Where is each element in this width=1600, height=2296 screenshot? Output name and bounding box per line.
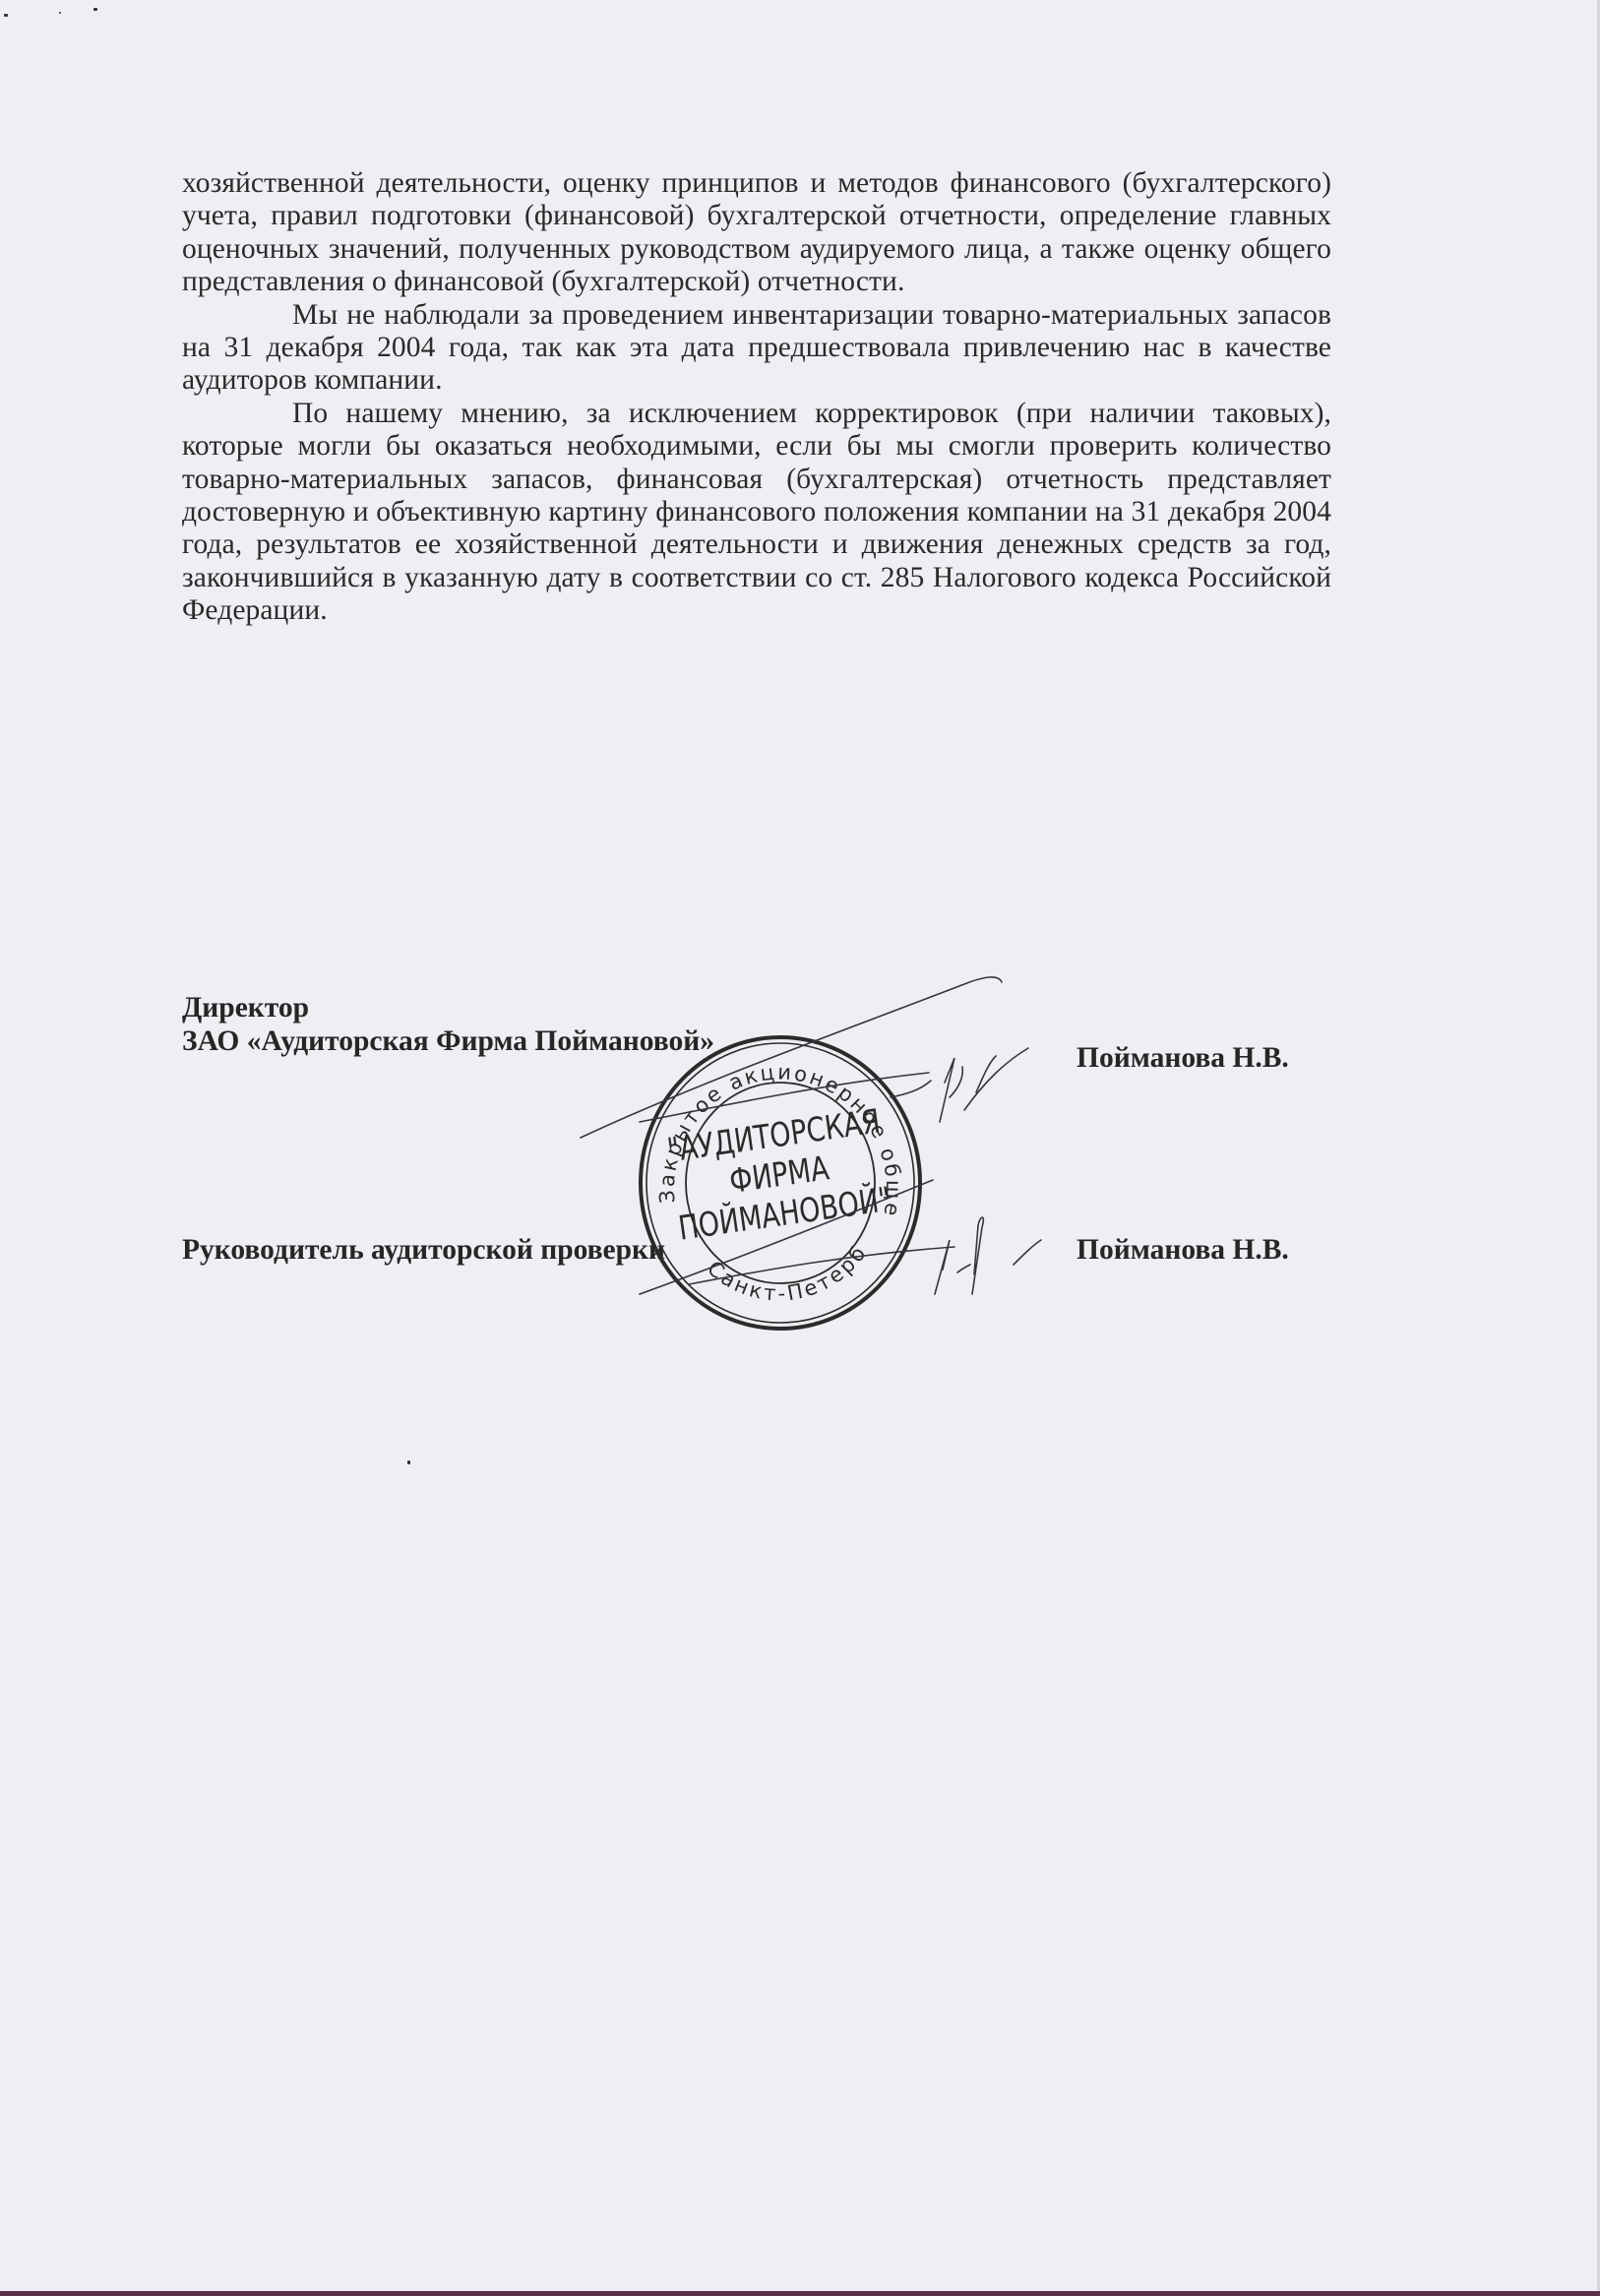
director-title: Директор bbox=[182, 992, 309, 1024]
director-signature-icon bbox=[551, 964, 1063, 1151]
paragraph-continuation: хозяйственной деятельности, оценку принц… bbox=[182, 167, 1331, 299]
scan-speck bbox=[59, 12, 61, 14]
director-name: Пойманова Н.В. bbox=[1077, 1042, 1289, 1075]
page-bottom-edge bbox=[0, 2291, 1600, 2296]
scan-speck bbox=[4, 14, 8, 17]
document-page: хозяйственной деятельности, оценку принц… bbox=[0, 0, 1600, 2296]
audit-lead-signature-icon bbox=[630, 1156, 1063, 1304]
scan-speck bbox=[93, 8, 97, 11]
audit-lead-title: Руководитель аудиторской проверки bbox=[182, 1234, 665, 1267]
audit-lead-name: Пойманова Н.В. bbox=[1077, 1234, 1289, 1267]
document-body: хозяйственной деятельности, оценку принц… bbox=[182, 167, 1331, 628]
paragraph-inventory-observation: Мы не наблюдали за проведением инвентари… bbox=[182, 299, 1331, 398]
scan-speck bbox=[407, 1460, 410, 1464]
paragraph-audit-opinion: По нашему мнению, за исключением коррект… bbox=[182, 398, 1331, 628]
